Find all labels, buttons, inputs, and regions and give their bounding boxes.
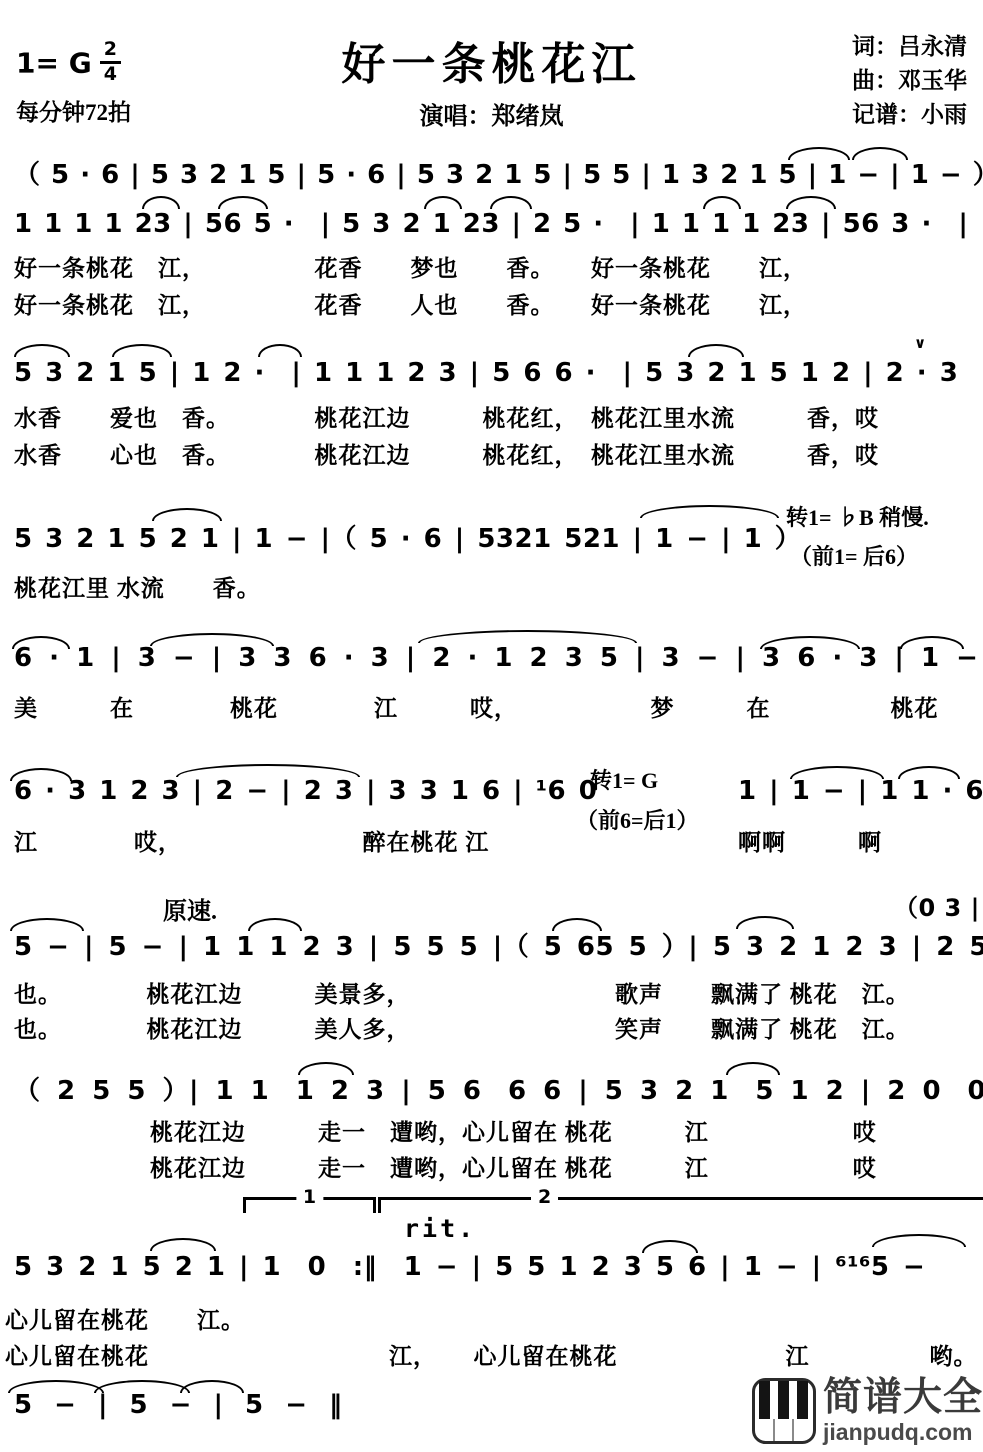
credits-block: 词：吕永清 曲：邓玉华 记谱：小雨 xyxy=(852,30,967,132)
modulation-note-1: （前1= 后6） xyxy=(790,540,918,571)
modulation-note-2: （前6=后1） xyxy=(576,804,699,835)
slur-arc xyxy=(736,916,794,929)
slur-arc xyxy=(10,768,72,781)
notation-line-6-right: 1 | 1 − | 1 1 · 6 xyxy=(738,776,983,806)
notation-line-7: 5 − | 5 − | 1 1 1 2 3 | 5 5 5 |（ 5 65 5 … xyxy=(14,926,983,963)
slur-arc xyxy=(786,196,836,209)
slur-arc xyxy=(248,918,302,931)
slur-arc xyxy=(8,1380,104,1393)
tempo-resume-mark: 原速. xyxy=(163,891,217,926)
transcriber-credit: 记谱：小雨 xyxy=(852,98,967,132)
lyrics-line-7-verse-2: 也。 桃花江边 美人多， 笑声 飘满了 桃花 江。 xyxy=(14,1011,910,1044)
slur-arc xyxy=(418,630,637,643)
lyrics-line-5: 美 在 桃花 江 哎， 梦 在 桃花 xyxy=(14,690,939,723)
lyrics-line-9-verse-1: 心儿留在桃花 江。 xyxy=(5,1302,245,1335)
slur-arc xyxy=(150,1238,216,1251)
slur-arc xyxy=(424,196,462,209)
notation-line-6-left: 6 · 3 1 2 3 | 2 − | 2 3 | 3 3 1 6 | ¹6 0 xyxy=(14,776,597,806)
pickup-notes-mark: （0 3 | xyxy=(894,888,980,923)
lyrics-line-6-right: 啊啊 啊 xyxy=(738,824,882,857)
notation-line-3: 5 3 2 1 5 | 1 2 · | 1 1 1 2 3 | 5 6 6 · … xyxy=(14,352,958,389)
slur-arc xyxy=(180,1380,244,1393)
slur-arc xyxy=(726,1062,780,1075)
slur-arc xyxy=(258,344,302,357)
slur-arc xyxy=(176,764,360,777)
sheet-music-page: 1= G24 每分钟72拍 好一条桃花江 演唱：郑绪岚 词：吕永清 曲：邓玉华 … xyxy=(0,0,983,1452)
notation-line-10: 5 − | 5 − | 5 − ‖ xyxy=(14,1390,343,1420)
watermark-brand: 简谱大全 xyxy=(823,1378,983,1417)
slur-arc xyxy=(298,1062,354,1075)
watermark: 简谱大全 jianpudq.com xyxy=(752,1378,983,1446)
modulation-annotation-1: 转1= ♭B 稍慢. xyxy=(786,501,929,532)
slur-arc xyxy=(152,508,222,521)
notation-line-4: 5 3 2 1 5 2 1 | 1 − |（ 5 · 6 | 5321 521 … xyxy=(14,518,801,555)
slur-arc xyxy=(703,196,741,209)
modulation-annotation-2: 转1= G xyxy=(590,764,658,795)
watermark-text: 简谱大全 jianpudq.com xyxy=(823,1378,983,1446)
slur-arc xyxy=(10,918,84,931)
slur-arc xyxy=(218,196,268,209)
composer-credit: 曲：邓玉华 xyxy=(852,64,967,98)
lyrics-line-2-verse-2: 好一条桃花 江， 花香 人也 香。 好一条桃花 江， xyxy=(14,287,807,320)
lyrics-line-8-verse-2: 桃花江边 走一 遭哟，心儿留在 桃花 江 哎 xyxy=(150,1150,877,1183)
slur-arc xyxy=(760,636,860,649)
slur-arc xyxy=(642,1240,698,1253)
slur-arc xyxy=(112,344,172,357)
slur-arc xyxy=(150,633,274,646)
lyrics-line-9-verse-2: 心儿留在桃花 江， 心儿留在桃花 江 哟。 xyxy=(5,1338,978,1371)
lyrics-line-3-verse-2: 水香 心也 香。 桃花江边 桃花红， 桃花江里水流 香，哎 xyxy=(14,437,879,470)
watermark-url: jianpudq.com xyxy=(823,1419,983,1446)
lyrics-line-6-left: 江 哎， 醉在桃花 江 xyxy=(14,824,489,857)
piano-keys-icon xyxy=(752,1378,816,1444)
slur-arc xyxy=(900,636,964,649)
slur-arc xyxy=(552,918,602,931)
slur-arc xyxy=(14,344,70,357)
slur-arc xyxy=(94,1380,190,1393)
slur-arc xyxy=(872,1234,966,1247)
rit-mark: rit. xyxy=(404,1214,476,1243)
breath-mark: ∨ xyxy=(914,334,926,352)
slur-arc xyxy=(142,196,180,209)
slur-arc xyxy=(688,344,744,357)
volta-2-label: 2 xyxy=(531,1186,558,1208)
lyrics-line-4: 桃花江里 水流 香。 xyxy=(14,570,261,603)
volta-2-bracket: 2 xyxy=(378,1197,983,1213)
notation-line-8: （ 2 5 5 ）| 1 1 1 2 3 | 5 6 6 6 | 5 3 2 1… xyxy=(14,1070,983,1107)
slur-arc xyxy=(788,147,850,160)
slur-arc xyxy=(790,766,884,779)
slur-arc xyxy=(852,147,908,160)
volta-1-bracket: 1 xyxy=(243,1197,376,1213)
song-title: 好一条桃花江 xyxy=(0,28,983,92)
slur-arc xyxy=(640,505,779,518)
performer-credit: 演唱：郑绪岚 xyxy=(0,96,983,131)
volta-1-label: 1 xyxy=(296,1186,323,1208)
slur-arc xyxy=(12,636,70,649)
lyrics-line-3-verse-1: 水香 爱也 香。 桃花江边 桃花红， 桃花江里水流 香，哎 xyxy=(14,400,879,433)
lyrics-line-2-verse-1: 好一条桃花 江， 花香 梦也 香。 好一条桃花 江， xyxy=(14,250,807,283)
lyricist-credit: 词：吕永清 xyxy=(852,30,967,64)
slur-arc xyxy=(490,196,532,209)
lyrics-line-8-verse-1: 桃花江边 走一 遭哟，心儿留在 桃花 江 哎 xyxy=(150,1114,877,1147)
slur-arc xyxy=(898,766,960,779)
notation-line-9: 5 3 2 1 5 2 1 | 1 0 :‖ 1 − | 5 5 1 2 3 5… xyxy=(14,1246,925,1283)
lyrics-line-7-verse-1: 也。 桃花江边 美景多， 歌声 飘满了 桃花 江。 xyxy=(14,976,910,1009)
